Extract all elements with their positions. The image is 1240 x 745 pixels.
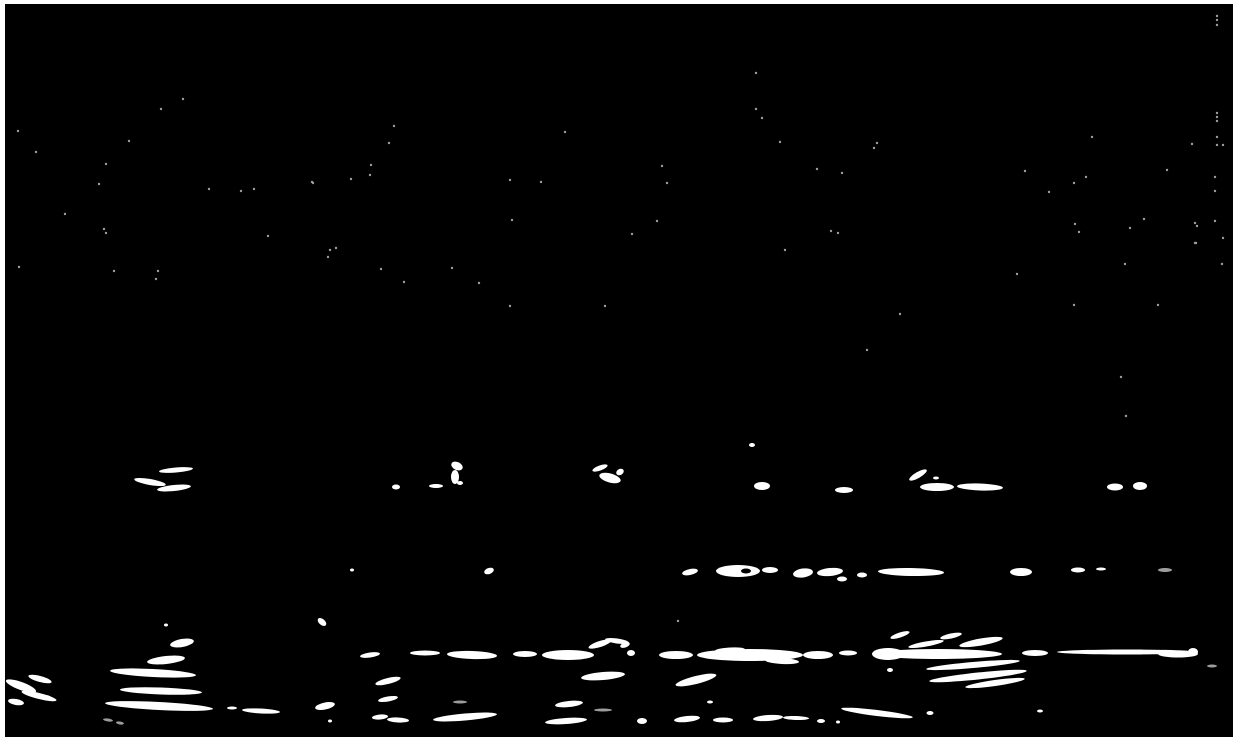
scanned-figure-page [0, 0, 1240, 745]
thresholded-sea-surface-image [0, 0, 1240, 745]
